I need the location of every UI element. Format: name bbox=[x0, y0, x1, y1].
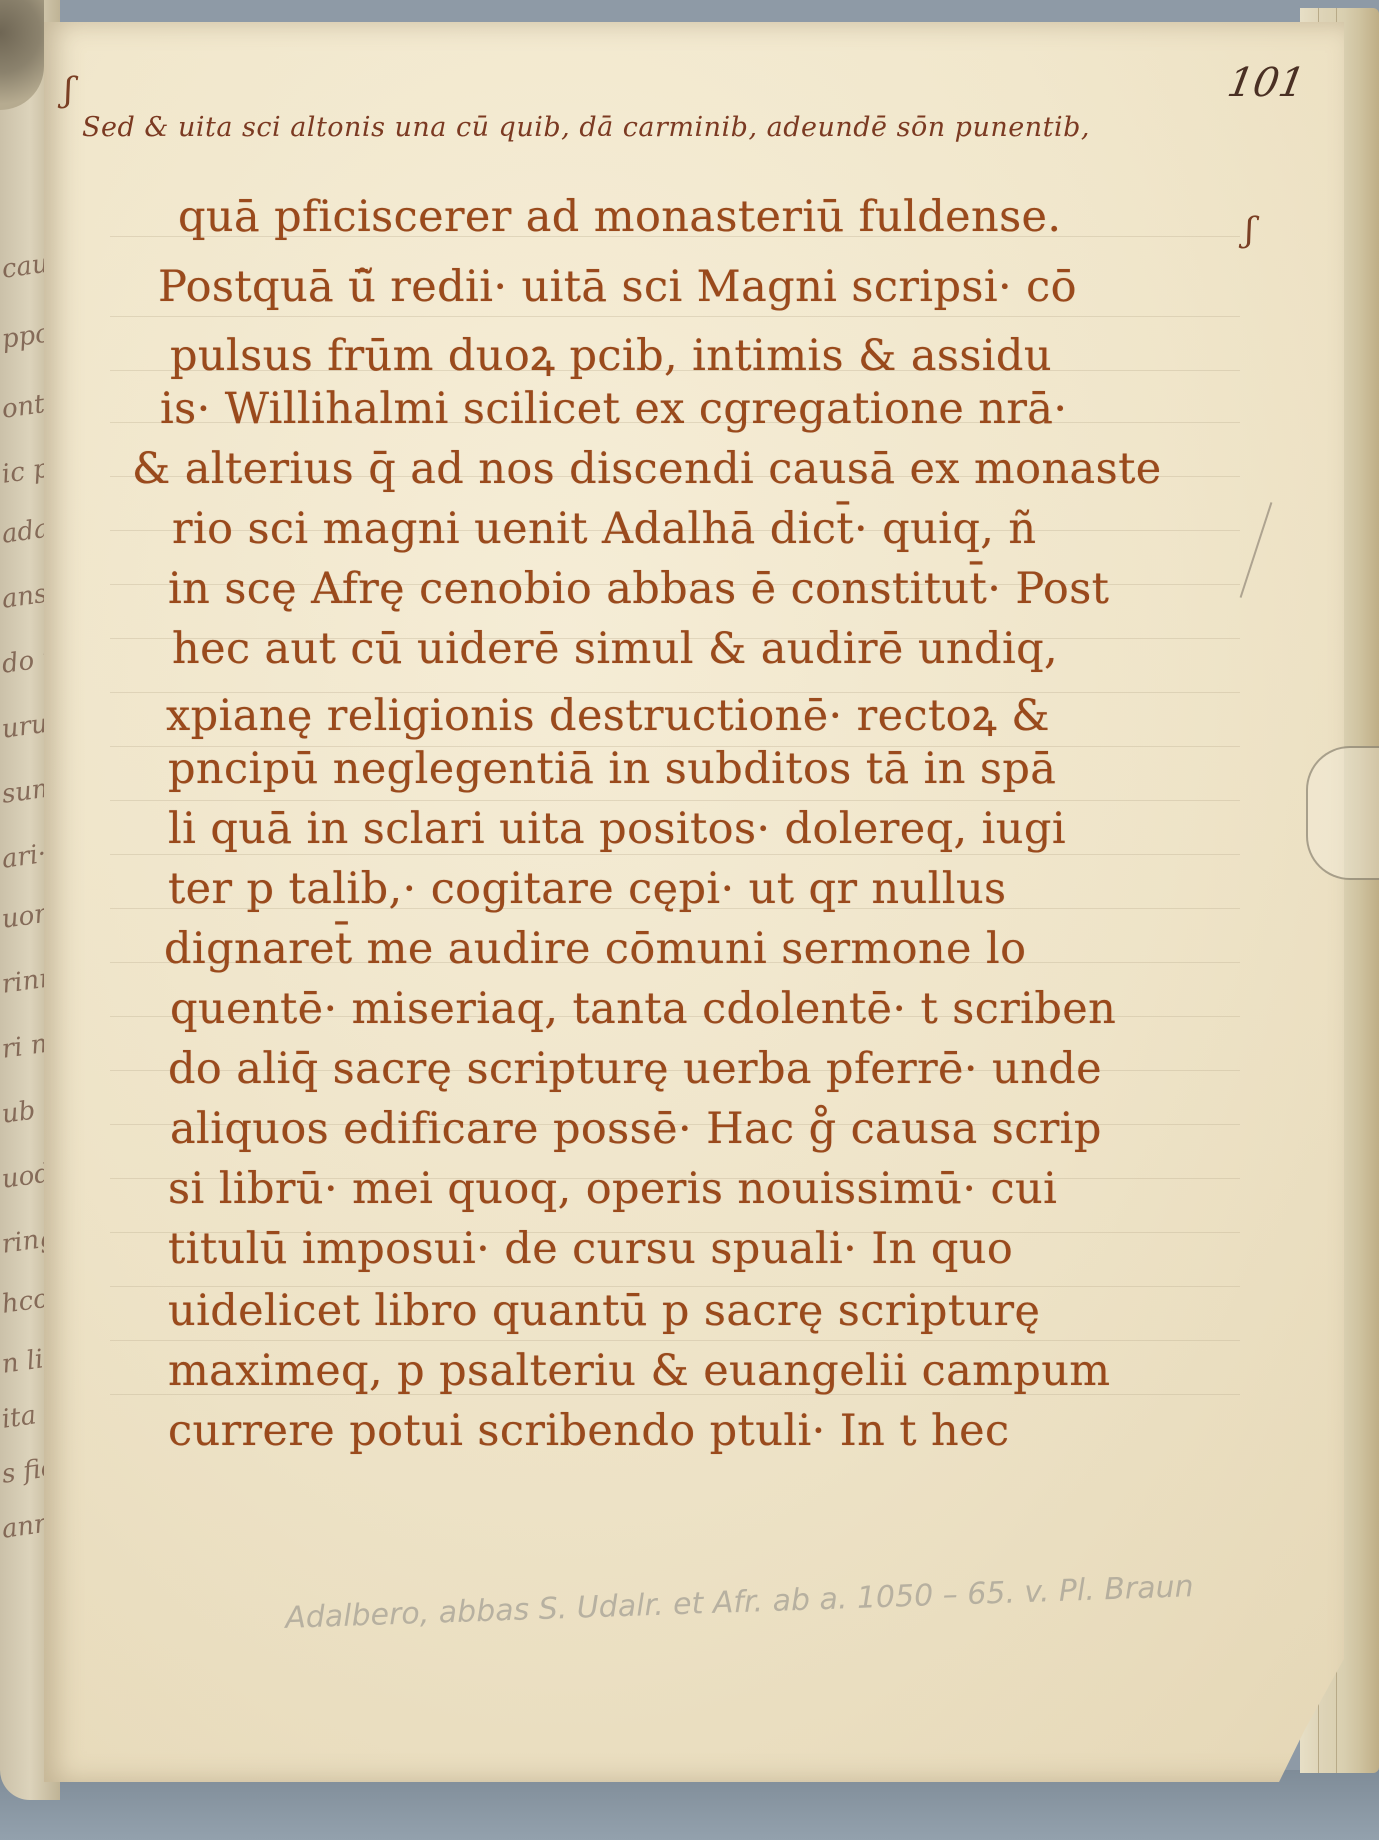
text-line-20: maximeq, p psalteriu & euangelii campum bbox=[168, 1346, 1110, 1396]
text-line-10: pncipū neglegentiā in subditos tā in spā bbox=[168, 744, 1056, 794]
text-line-19: uidelicet libro quantū p sacrę scripturę bbox=[168, 1286, 1040, 1336]
text-line-17: si librū· mei quoq, operis nouissimū· cu… bbox=[168, 1164, 1057, 1214]
insertion-marker-line1: ʃ bbox=[1245, 210, 1254, 250]
text-line-18: titulū imposui· de cursu spuali· In quo bbox=[168, 1224, 1013, 1274]
text-line-16: aliquos edificare possē· Hac g̊ causa sc… bbox=[170, 1104, 1102, 1154]
text-line-12: ter p talib,· cogitare cępi· ut qr nullu… bbox=[168, 864, 1007, 914]
text-line-15: do aliq̄ sacrę scripturę uerba pferrē· u… bbox=[168, 1044, 1102, 1094]
insertion-marker-top: ʃ bbox=[64, 70, 73, 110]
ruling-line bbox=[110, 1340, 1240, 1341]
text-line-4: is· Willihalmi scilicet ex cgregatione n… bbox=[160, 384, 1067, 434]
text-line-6: rio sci magni uenit Adalhā dict̄· quiq, … bbox=[172, 504, 1037, 554]
folio-number: 101 bbox=[1224, 60, 1308, 106]
plastic-page-tab bbox=[1306, 746, 1379, 880]
page-curl bbox=[0, 0, 44, 110]
marginal-addition: Sed & uita sci altonis una cū quib, dā c… bbox=[82, 112, 1090, 143]
text-line-1: quā pficiscerer ad monasteriū fuldense. bbox=[178, 192, 1061, 242]
text-line-11: li quā in sclari uita positos· dolereq, … bbox=[168, 804, 1066, 854]
text-line-8: hec aut cū uiderē simul & audirē undiq, bbox=[172, 624, 1058, 674]
text-line-14: quentē· miseriaq, tanta cdolentē· t scri… bbox=[170, 984, 1116, 1034]
text-line-7: in scę Afrę cenobio abbas ē constitut̄· … bbox=[168, 564, 1109, 614]
text-line-13: dignaret̄ me audire cōmuni sermone lo bbox=[164, 924, 1026, 974]
text-line-21: currere potui scribendo ptuli· In t hec bbox=[168, 1406, 1009, 1456]
text-line-9: xpianę religionis destructionē· rectoꝝ & bbox=[166, 684, 1050, 743]
ruling-line bbox=[110, 854, 1240, 855]
ruling-line bbox=[110, 800, 1240, 801]
text-line-2: Postquā ū̃ redii· uitā sci Magni scripsi… bbox=[158, 262, 1077, 312]
text-line-3: pulsus frūm duoꝝ pcib, intimis & assidu bbox=[170, 324, 1052, 383]
text-line-5: & alterius q̄ ad nos discendi causā ex m… bbox=[132, 444, 1162, 494]
ruling-line bbox=[110, 316, 1240, 317]
